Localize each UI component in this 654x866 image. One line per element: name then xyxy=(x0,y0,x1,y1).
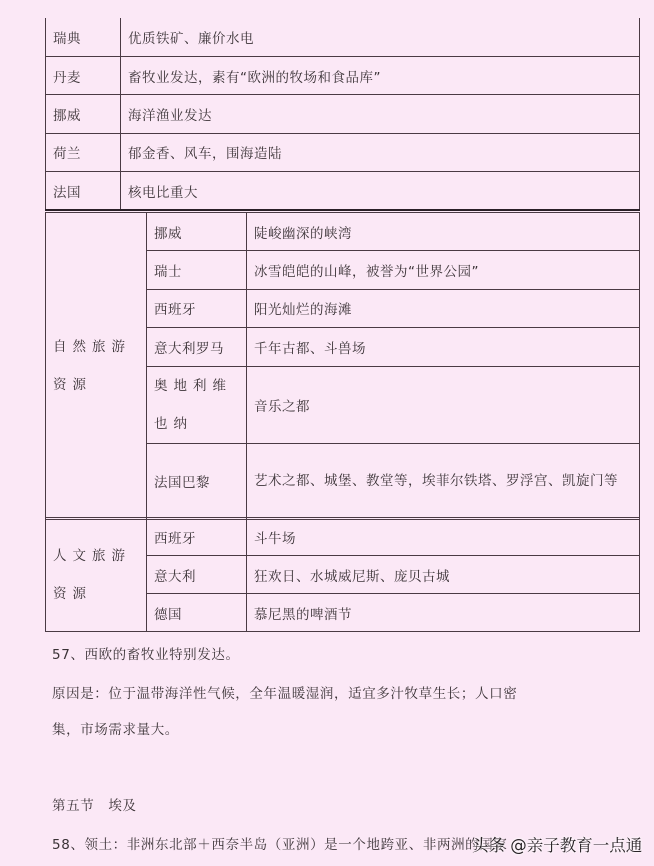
table-row: 自然旅游资源 挪威 陡峻幽深的峡湾 xyxy=(46,213,640,251)
place-cell: 瑞士 xyxy=(147,251,247,289)
place-cell: 奥地利维也纳 xyxy=(147,366,247,443)
feature-cell: 艺术之都、城堡、教堂等，埃菲尔铁塔、罗浮宫、凯旋门等 xyxy=(247,443,640,519)
feature-cell: 海洋渔业发达 xyxy=(121,95,640,133)
reason-line-2: 集，市场需求量大。 xyxy=(52,718,179,738)
watermark: 头条 @亲子教育一点通 xyxy=(472,832,642,856)
country-cell: 瑞典 xyxy=(46,18,121,56)
place-cell: 挪威 xyxy=(147,213,247,251)
paragraph-58: 58、领土：非洲东北部＋西奈半岛（亚洲）是一个地跨亚、非两洲的国家 xyxy=(52,833,507,853)
feature-cell: 慕尼黑的啤酒节 xyxy=(247,594,640,632)
tourism-table: 自然旅游资源 挪威 陡峻幽深的峡湾 瑞士 冰雪皑皑的山峰，被誉为“世界公园” 西… xyxy=(45,212,640,520)
place-cell: 德国 xyxy=(147,594,247,632)
feature-cell: 狂欢日、水城威尼斯、庞贝古城 xyxy=(247,556,640,594)
country-cell: 挪威 xyxy=(46,95,121,133)
feature-cell: 畜牧业发达，素有“欧洲的牧场和食品库” xyxy=(121,56,640,94)
place-cell: 意大利 xyxy=(147,556,247,594)
feature-cell: 冰雪皑皑的山峰，被誉为“世界公园” xyxy=(247,251,640,289)
document-page: 瑞典 优质铁矿、廉价水电 丹麦 畜牧业发达，素有“欧洲的牧场和食品库” 挪威 海… xyxy=(0,0,654,866)
feature-cell: 音乐之都 xyxy=(247,366,640,443)
reason-line-1: 原因是：位于温带海洋性气候，全年温暖湿润，适宜多汁牧草生长；人口密 xyxy=(52,682,517,702)
table-row: 人文旅游资源 西班牙 斗牛场 xyxy=(46,518,640,556)
table-row: 挪威 海洋渔业发达 xyxy=(46,95,640,133)
feature-cell: 阳光灿烂的海滩 xyxy=(247,289,640,327)
table-row: 丹麦 畜牧业发达，素有“欧洲的牧场和食品库” xyxy=(46,56,640,94)
category-cell: 人文旅游资源 xyxy=(46,518,147,632)
feature-cell: 优质铁矿、廉价水电 xyxy=(121,18,640,56)
feature-cell: 陡峻幽深的峡湾 xyxy=(247,213,640,251)
table-row: 法国 核电比重大 xyxy=(46,172,640,210)
feature-cell: 郁金香、风车，围海造陆 xyxy=(121,133,640,171)
table-row: 瑞典 优质铁矿、廉价水电 xyxy=(46,18,640,56)
country-cell: 丹麦 xyxy=(46,56,121,94)
country-cell: 荷兰 xyxy=(46,133,121,171)
table-row: 荷兰 郁金香、风车，围海造陆 xyxy=(46,133,640,171)
feature-cell: 核电比重大 xyxy=(121,172,640,210)
place-cell: 法国巴黎 xyxy=(147,443,247,519)
place-cell: 西班牙 xyxy=(147,289,247,327)
feature-cell: 斗牛场 xyxy=(247,518,640,556)
culture-tourism-table: 人文旅游资源 西班牙 斗牛场 意大利 狂欢日、水城威尼斯、庞贝古城 德国 慕尼黑… xyxy=(45,517,640,632)
place-cell: 西班牙 xyxy=(147,518,247,556)
country-cell: 法国 xyxy=(46,172,121,210)
paragraph-57: 57、西欧的畜牧业特别发达。 xyxy=(52,643,240,663)
feature-cell: 千年古都、斗兽场 xyxy=(247,328,640,366)
products-table: 瑞典 优质铁矿、廉价水电 丹麦 畜牧业发达，素有“欧洲的牧场和食品库” 挪威 海… xyxy=(45,18,640,211)
place-cell: 意大利罗马 xyxy=(147,328,247,366)
section-title: 第五节 埃及 xyxy=(52,794,137,814)
category-cell: 自然旅游资源 xyxy=(46,213,147,520)
